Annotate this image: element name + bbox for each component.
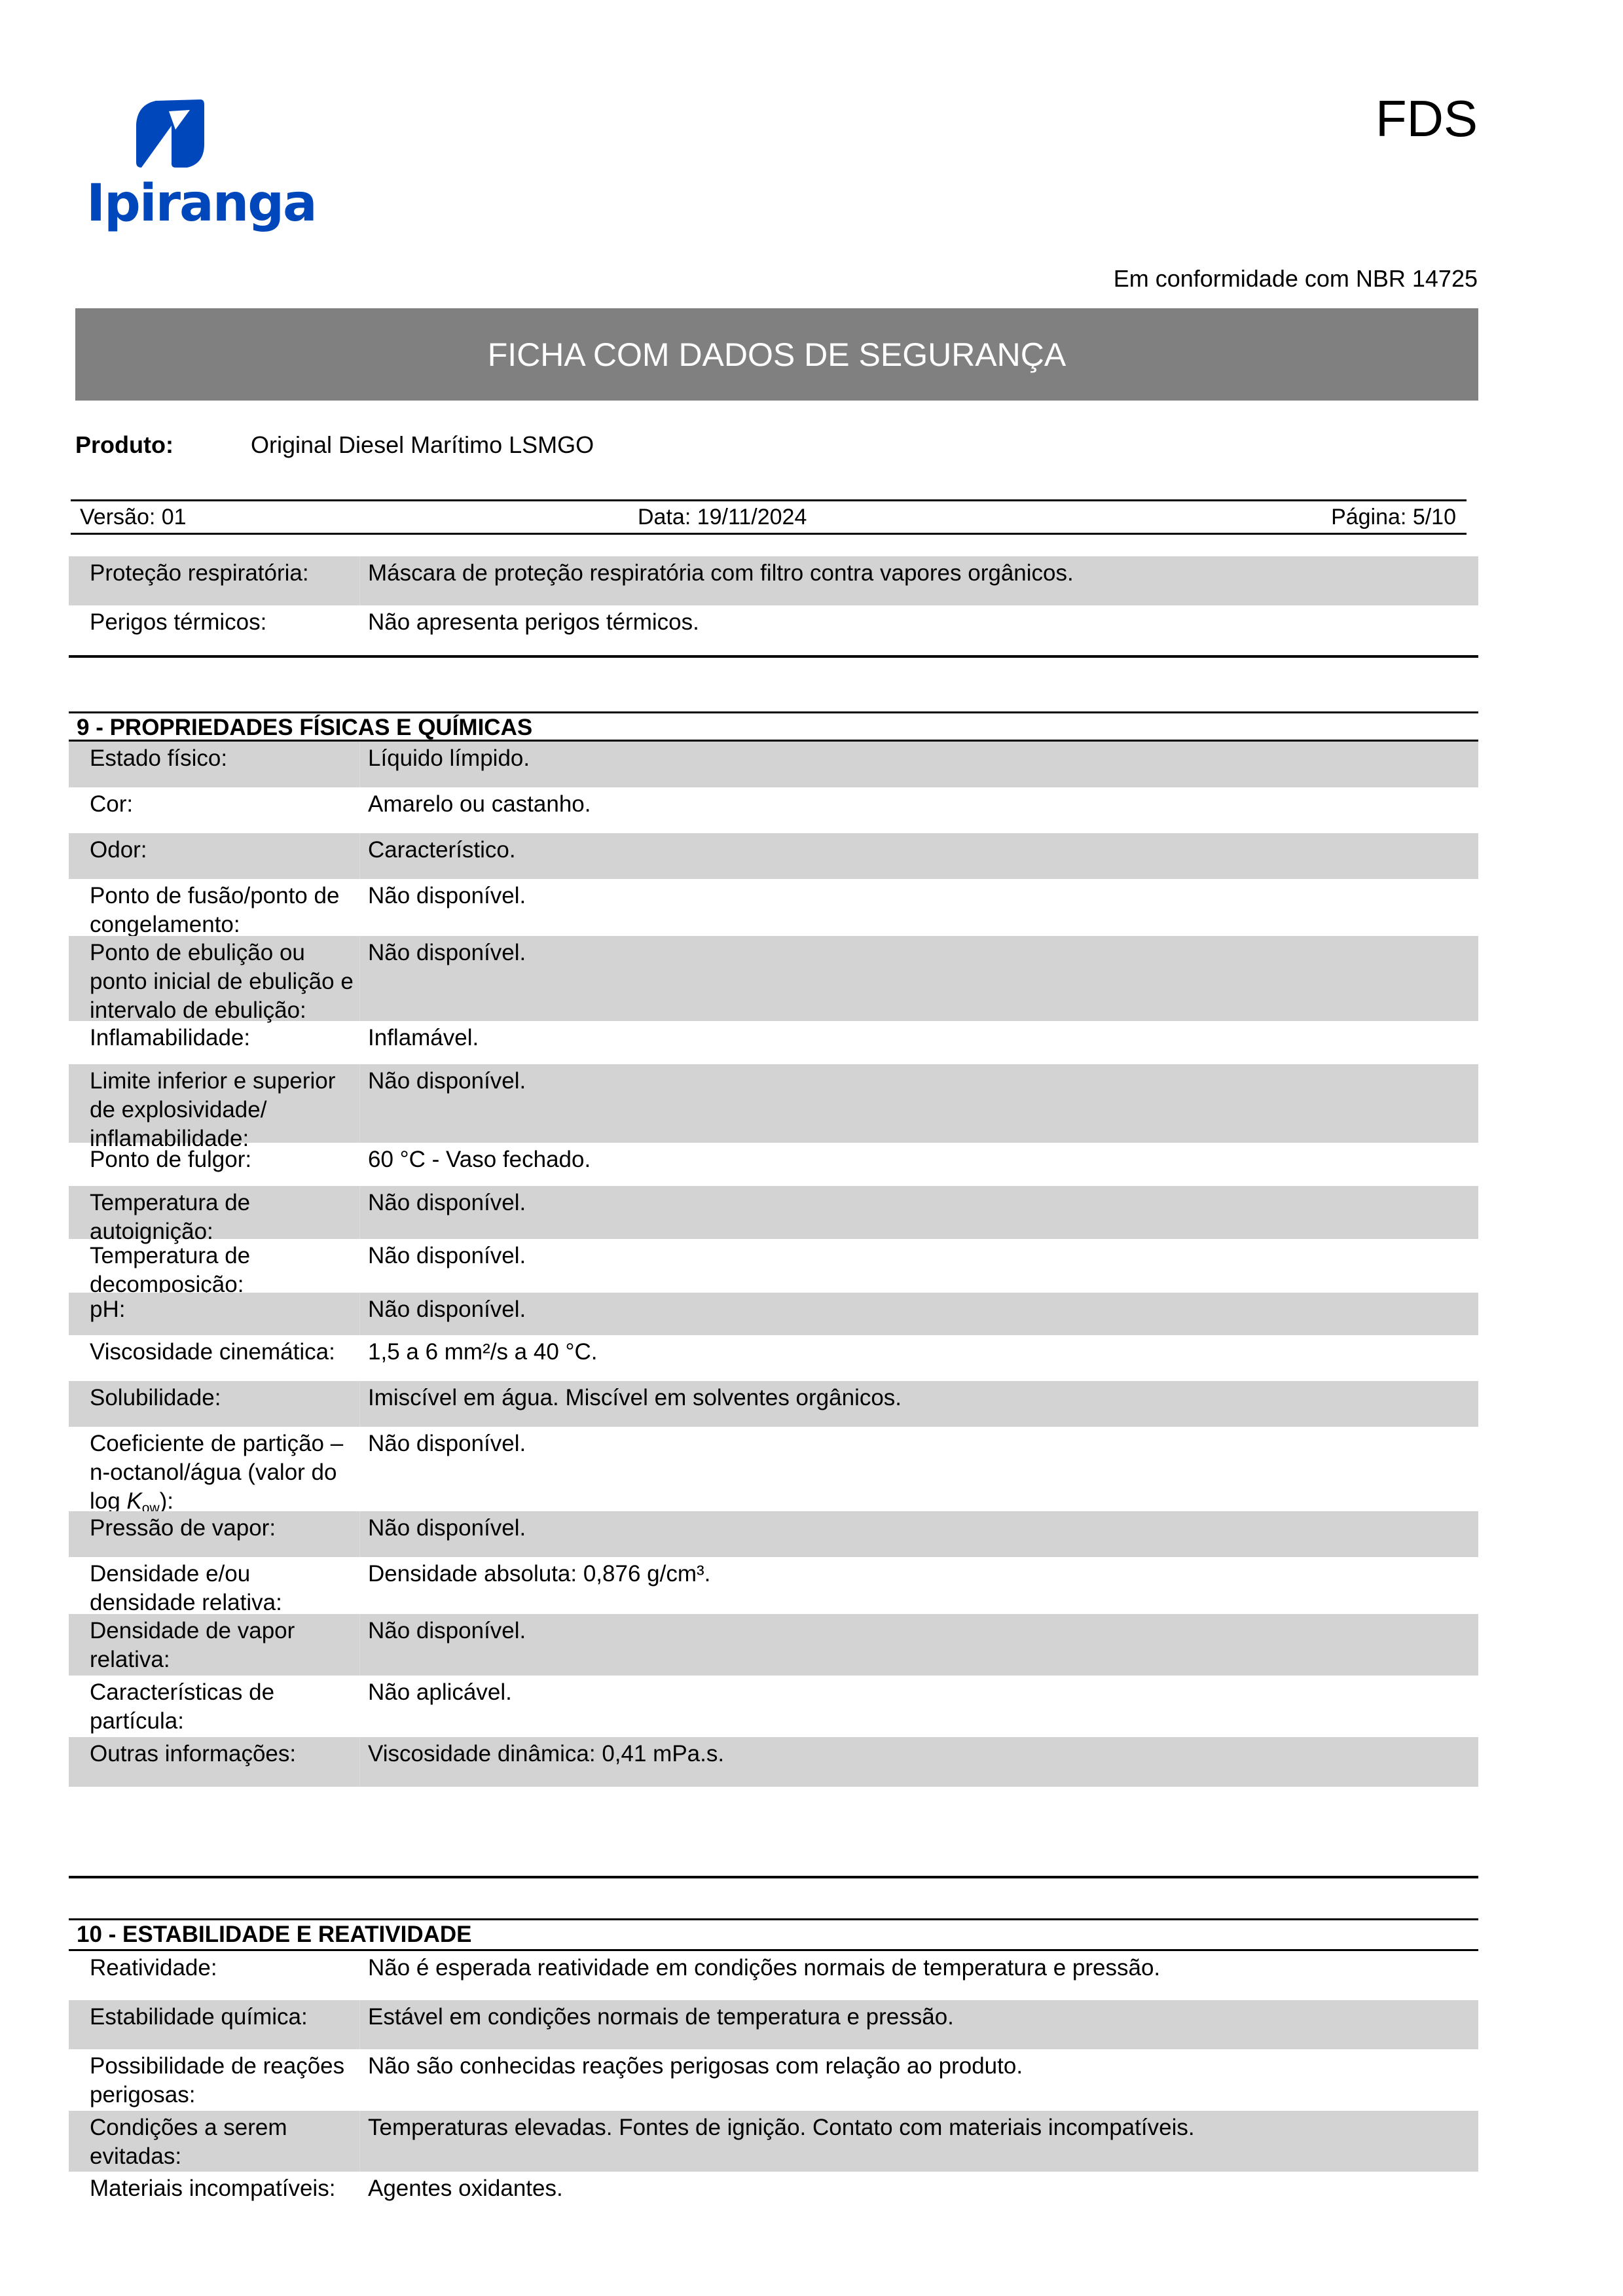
property-label: Densidade de vapor relativa: <box>69 1614 360 1676</box>
property-label: Outras informações: <box>69 1737 360 1787</box>
ipiranga-logo-icon <box>136 98 204 169</box>
property-value: Inflamável. <box>360 1021 1478 1064</box>
property-value: Não é esperada reatividade em condições … <box>360 1951 1478 2000</box>
property-value: Não disponível. <box>360 1186 1478 1239</box>
property-label: Possibilidade de reações perigosas: <box>69 2049 360 2111</box>
property-value: Estável em condições normais de temperat… <box>360 2000 1478 2049</box>
property-row: Cor:Amarelo ou castanho. <box>69 787 1478 833</box>
property-value: Agentes oxidantes. <box>360 2172 1478 2219</box>
property-label: Limite inferior e superior de explosivid… <box>69 1064 360 1143</box>
property-row: Estabilidade química:Estável em condiçõe… <box>69 2000 1478 2049</box>
property-row: Estado físico:Líquido límpido. <box>69 742 1478 787</box>
property-label: Reatividade: <box>69 1951 360 2000</box>
property-value: 1,5 a 6 mm²/s a 40 °C. <box>360 1335 1478 1381</box>
section-9-title: 9 - PROPRIEDADES FÍSICAS E QUÍMICAS <box>77 716 532 739</box>
property-row: Inflamabilidade:Inflamável. <box>69 1021 1478 1064</box>
property-label: Cor: <box>69 787 360 833</box>
property-row: Densidade e/ou densidade relativa:Densid… <box>69 1557 1478 1614</box>
section-divider <box>69 1918 1478 1920</box>
property-label: Perigos térmicos: <box>69 605 360 655</box>
property-label: Materiais incompatíveis: <box>69 2172 360 2219</box>
property-row: Pressão de vapor:Não disponível. <box>69 1511 1478 1557</box>
property-label: Coeficiente de partição – n-octanol/água… <box>69 1427 360 1511</box>
section-8-table: Proteção respiratória:Máscara de proteçã… <box>69 556 1478 655</box>
property-label: Proteção respiratória: <box>69 556 360 605</box>
product-name: Original Diesel Marítimo LSMGO <box>251 433 594 457</box>
version-text: Versão: 01 <box>80 501 187 533</box>
property-value: Líquido límpido. <box>360 742 1478 787</box>
property-value: 60 °C - Vaso fechado. <box>360 1143 1478 1186</box>
property-value: Não disponível. <box>360 1293 1478 1335</box>
property-row: Limite inferior e superior de explosivid… <box>69 1064 1478 1143</box>
property-label: Solubilidade: <box>69 1381 360 1427</box>
property-row: Reatividade:Não é esperada reatividade e… <box>69 1951 1478 2000</box>
property-label: Viscosidade cinemática: <box>69 1335 360 1381</box>
brand-wordmark: Ipiranga <box>86 178 316 229</box>
property-label: Odor: <box>69 833 360 879</box>
property-row: Perigos térmicos:Não apresenta perigos t… <box>69 605 1478 655</box>
property-row: Materiais incompatíveis:Agentes oxidante… <box>69 2172 1478 2219</box>
property-value: Não disponível. <box>360 1614 1478 1676</box>
section-10-table: Reatividade:Não é esperada reatividade e… <box>69 1951 1478 2219</box>
property-label: Ponto de fulgor: <box>69 1143 360 1186</box>
conformity-note: Em conformidade com NBR 14725 <box>1114 267 1478 291</box>
property-value: Máscara de proteção respiratória com fil… <box>360 556 1478 605</box>
property-row: Ponto de ebulição ou ponto inicial de eb… <box>69 936 1478 1021</box>
property-label: Temperatura de autoignição: <box>69 1186 360 1239</box>
document-code: FDS <box>1376 93 1478 144</box>
property-label: Ponto de fusão/ponto de congelamento: <box>69 879 360 936</box>
page-number: Página: 5/10 <box>1331 501 1456 533</box>
property-value: Viscosidade dinâmica: 0,41 mPa.s. <box>360 1737 1478 1787</box>
property-value: Não disponível. <box>360 1239 1478 1293</box>
document-title-banner: FICHA COM DADOS DE SEGURANÇA <box>75 308 1478 401</box>
property-row: Coeficiente de partição – n-octanol/água… <box>69 1427 1478 1511</box>
property-row: Temperatura de autoignição:Não disponíve… <box>69 1186 1478 1239</box>
property-row: pH:Não disponível. <box>69 1293 1478 1335</box>
property-row: Características de partícula:Não aplicáv… <box>69 1676 1478 1737</box>
property-row: Outras informações:Viscosidade dinâmica:… <box>69 1737 1478 1787</box>
property-row: Ponto de fulgor:60 °C - Vaso fechado. <box>69 1143 1478 1186</box>
property-value: Não disponível. <box>360 936 1478 1021</box>
property-value: Característico. <box>360 833 1478 879</box>
property-row: Odor:Característico. <box>69 833 1478 879</box>
property-value: Temperaturas elevadas. Fontes de ignição… <box>360 2111 1478 2172</box>
document-title: FICHA COM DADOS DE SEGURANÇA <box>488 336 1066 374</box>
property-row: Ponto de fusão/ponto de congelamento:Não… <box>69 879 1478 936</box>
property-label: Ponto de ebulição ou ponto inicial de eb… <box>69 936 360 1021</box>
property-label: Condições a serem evitadas: <box>69 2111 360 2172</box>
property-value: Não disponível. <box>360 1511 1478 1557</box>
property-row: Condições a serem evitadas:Temperaturas … <box>69 2111 1478 2172</box>
property-row: Proteção respiratória:Máscara de proteçã… <box>69 556 1478 605</box>
date-text: Data: 19/11/2024 <box>638 501 807 533</box>
section-divider <box>69 655 1478 658</box>
property-label: Densidade e/ou densidade relativa: <box>69 1557 360 1614</box>
product-label: Produto: <box>75 433 173 457</box>
document-meta-bar: Versão: 01 Data: 19/11/2024 Página: 5/10 <box>71 499 1467 535</box>
property-value: Amarelo ou castanho. <box>360 787 1478 833</box>
property-label: Pressão de vapor: <box>69 1511 360 1557</box>
property-label: Estado físico: <box>69 742 360 787</box>
property-value: Não aplicável. <box>360 1676 1478 1737</box>
property-value: Não apresenta perigos térmicos. <box>360 605 1478 655</box>
property-value: Não disponível. <box>360 879 1478 936</box>
section-divider <box>69 711 1478 713</box>
property-row: Solubilidade:Imiscível em água. Miscível… <box>69 1381 1478 1427</box>
property-row: Densidade de vapor relativa:Não disponív… <box>69 1614 1478 1676</box>
property-label: pH: <box>69 1293 360 1335</box>
property-value: Imiscível em água. Miscível em solventes… <box>360 1381 1478 1427</box>
property-label: Estabilidade química: <box>69 2000 360 2049</box>
section-9-table: Estado físico:Líquido límpido.Cor:Amarel… <box>69 742 1478 1787</box>
property-label: Temperatura de decomposição: <box>69 1239 360 1293</box>
property-value: Não disponível. <box>360 1427 1478 1511</box>
section-divider <box>69 1876 1478 1878</box>
property-value: Não disponível. <box>360 1064 1478 1143</box>
property-row: Temperatura de decomposição:Não disponív… <box>69 1239 1478 1293</box>
property-row: Viscosidade cinemática:1,5 a 6 mm²/s a 4… <box>69 1335 1478 1381</box>
property-value: Não são conhecidas reações perigosas com… <box>360 2049 1478 2111</box>
property-label: Características de partícula: <box>69 1676 360 1737</box>
property-label: Inflamabilidade: <box>69 1021 360 1064</box>
property-value: Densidade absoluta: 0,876 g/cm³. <box>360 1557 1478 1614</box>
property-row: Possibilidade de reações perigosas:Não s… <box>69 2049 1478 2111</box>
section-10-title: 10 - ESTABILIDADE E REATIVIDADE <box>77 1923 472 1946</box>
